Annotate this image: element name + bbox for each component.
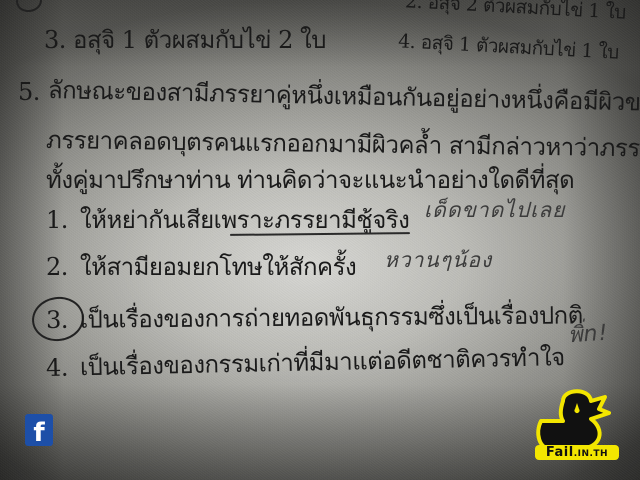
option-4: 4.เป็นเรื่องของกรรมเก่าที่มีมาแต่อดีตชาต… [46,337,565,387]
option-3-top: 3. อสุจิ 1 ตัวผสมกับไข่ 2 ใบ [44,20,326,59]
option-1-handwritten-note: เด็ดขาดไปเลย [424,194,565,227]
question-line-1: ลักษณะของสามีภรรยาคู่หนึ่งเหมือนกันอยู่อ… [48,70,640,123]
option-3: 3.เป็นเรื่องของการถ่ายทอดพันธุกรรมซึ่งเป… [46,295,583,339]
option-4-top: 4. อสุจิ 1 ตัวผสมกับไข่ 1 ใบ [397,26,619,68]
option-2-top-right: 2. อสุจิ 2 ตัวผสมกับไข่ 1 ใบ [404,0,626,28]
option-4-number: 4. [46,354,68,382]
facebook-icon[interactable]: f [25,414,53,446]
option-1-number: 1. [46,206,68,234]
option-2-number: 2. [46,253,68,281]
option-2: 2.ให้สามียอมยกโทษให้สักครั้ง [46,247,356,286]
watermark-suffix: .IN.TH [574,449,608,459]
answer-circle-top-left [15,0,44,14]
option-4-text: เป็นเรื่องของกรรมเก่าที่มีมาแต่อดีตชาติค… [80,343,565,381]
question-number: 5. [18,78,40,106]
option-3-number: 3. [46,306,68,334]
option-3-text: เป็นเรื่องของการถ่ายทอดพันธุกรรมซึ่งเป็น… [80,301,583,333]
option-2-handwritten-note: หวานๆน้อง [384,244,492,277]
watermark-text: Fail.IN.TH [535,445,619,460]
option-1-text: ให้หย่ากันเสียเพราะภรรยามีชู้จริง [80,206,409,234]
watermark-main: Fail [546,445,574,460]
option-2-text: ให้สามียอมยกโทษให้สักครั้ง [80,253,356,281]
option-4-handwritten-note: พิ่n! [567,315,610,353]
